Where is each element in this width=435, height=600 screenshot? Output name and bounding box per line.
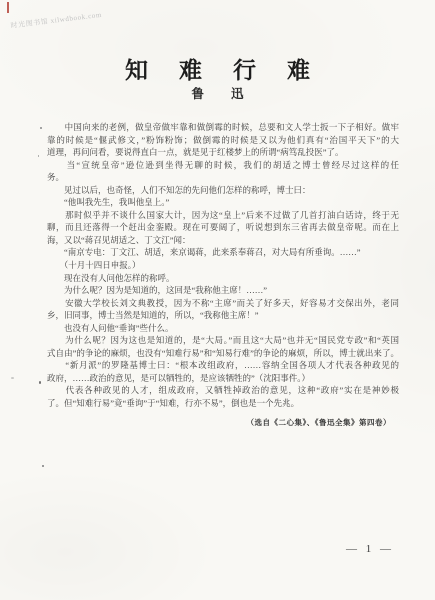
scan-speck bbox=[39, 381, 41, 384]
body-line: 海，又以“蒋召见胡适之、丁文江”闻： bbox=[47, 234, 399, 247]
body-line: 为什么呢？因为这也是知道的，是“大局。”而且这“大局”也并无“国民党专政”和“英… bbox=[47, 334, 399, 347]
body-line: 聊，而且还落得一个赶出金銮殿。现在可要阔了，听说想到东三省再去做皇帝呢。而在上 bbox=[47, 221, 399, 234]
body-line: 见过以后，也奇怪，人们不知怎的先问他们怎样的称呼，博士曰： bbox=[47, 184, 399, 197]
article-author: 鲁迅 bbox=[0, 84, 435, 102]
body-line: 也没有人问他“垂询”些什么。 bbox=[47, 322, 399, 335]
body-line: 了。但“知难行易”竟“垂询”于“知难，行亦不易”，倒也是一个先兆。 bbox=[47, 397, 399, 410]
body-line: 乡，旧同事，博士当然是知道的，所以，“我称他主席！” bbox=[47, 309, 399, 322]
scan-speck bbox=[38, 155, 39, 157]
scan-edge-red-mark bbox=[7, 2, 9, 13]
scan-speck bbox=[40, 127, 42, 129]
body-line: 当“宣统皇帝”逊位逊到坐得无聊的时候，我们的胡适之博士曾经尽过这样的任 bbox=[47, 159, 399, 172]
body-line: “南京专电：丁文江、胡适，来京谒蒋，此来系奉蒋召，对大局有所垂询。……” bbox=[47, 246, 399, 259]
body-line: 政府，……政治的意见，是可以牺牲的，是应该牺牲的”（沈阳事件。） bbox=[47, 372, 399, 385]
scanned-page: 时光图书馆 xilwdbook.com 知难行难 鲁迅 中国向来的老例，做皇帝做… bbox=[0, 0, 435, 600]
body-line: “新月派”的罗隆基博士曰：“根本改组政府，……容纳全国各项人才代表各种政见的 bbox=[47, 359, 399, 372]
body-text: 中国向来的老例，做皇帝做牢靠和做倒霉的时候，总要和文人学士扳一下子相好。做牢靠的… bbox=[47, 121, 399, 410]
body-line: 安徽大学校长刘文典教授，因为不称“主席”而关了好多天，好容易才交保出外，老同 bbox=[47, 297, 399, 310]
scan-speck bbox=[42, 465, 44, 467]
body-line: 道理，再问问看，要说得直白一点，就是见于红楼梦上的所谓“病笃乱投医”了。 bbox=[47, 146, 399, 159]
body-line: “他叫我先生，我叫他皇上。” bbox=[47, 196, 399, 209]
body-line: 靠的时候是“偃武修文，”粉饰粉饰；做倒霉的时候是又以为他们真有“治国平天下”的大 bbox=[47, 134, 399, 147]
page-number: — 1 — bbox=[330, 543, 410, 555]
body-line: 那时似乎并不谈什么国家大计，因为这“皇上”后来不过做了几首打油白话诗，终于无 bbox=[47, 209, 399, 222]
body-line: 现在没有人问他怎样的称呼。 bbox=[47, 272, 399, 285]
body-line: 为什么呢？因为是知道的，这回是“我称他主席！……” bbox=[47, 284, 399, 297]
body-line: 中国向来的老例，做皇帝做牢靠和做倒霉的时候，总要和文人学士扳一下子相好。做牢 bbox=[47, 121, 399, 134]
article-title: 知难行难 bbox=[0, 52, 435, 85]
watermark: 时光图书馆 xilwdbook.com bbox=[10, 10, 102, 31]
body-line: 式自由”的争论的麻烦，也没有“知难行易”和“知易行难”的争论的麻烦，所以，博士就… bbox=[47, 347, 399, 360]
scan-speck bbox=[11, 377, 14, 379]
body-line: （十月十四日申报。） bbox=[47, 259, 399, 272]
body-line: 代表各种政见的人才，组成政府，又牺牲掉政治的意见，这种“政府”实在是神妙极 bbox=[47, 384, 399, 397]
body-line: 务。 bbox=[47, 171, 399, 184]
source-citation: （选自《二心集》、《鲁迅全集》第四卷） bbox=[47, 417, 391, 428]
